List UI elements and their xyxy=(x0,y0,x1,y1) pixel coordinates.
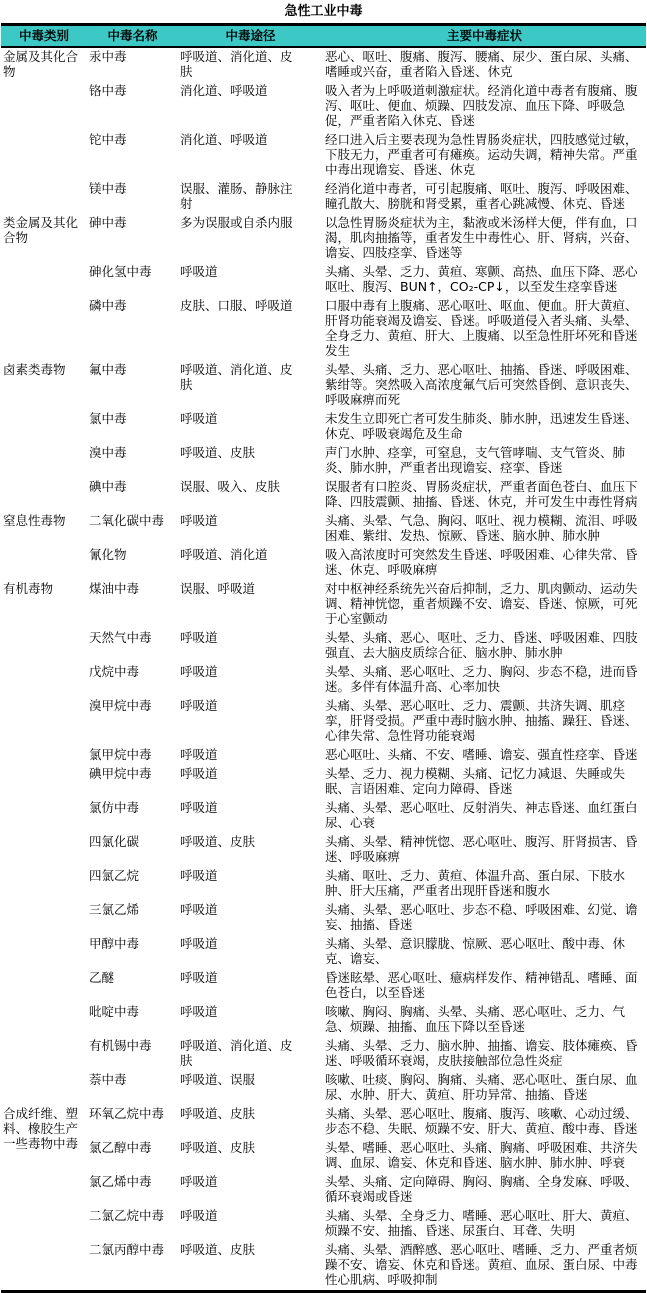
route-cell: 呼吸道 xyxy=(178,765,323,799)
symptoms-cell: 头痛、头晕、全身乏力、嗜睡、恶心呕吐、肝大、黄疸、烦躁不安、抽搐、昏迷、尿蛋白、… xyxy=(323,1207,646,1241)
table-row: 铊中毒消化道、呼吸道经口进入后主要表现为急性胃肠炎症状，四肢感觉过敏，下肢无力，… xyxy=(1,131,646,180)
symptoms-cell: 咳嗽、胸闷、胸痛、头晕、头痛、恶心呕吐、乏力、气急、烦躁、抽搐、血压下降以至昏迷 xyxy=(323,1003,646,1037)
category-cell: 有机毒物 xyxy=(1,580,87,1105)
poison-name-cell: 二氯丙醇中毒 xyxy=(87,1241,178,1292)
poison-name-cell: 碘中毒 xyxy=(87,478,178,512)
category-cell: 卤素类毒物 xyxy=(1,361,87,512)
symptoms-cell: 头痛、头晕、乏力、黄疸、寒颤、高热、血压下降、恶心呕吐、腹泻、BUN↑，CO₂-… xyxy=(323,263,646,297)
symptoms-cell: 昏迷眩晕、恶心呕吐、癔病样发作、精神错乱、嗜睡、面色苍白，以至昏迷 xyxy=(323,969,646,1003)
table-row: 天然气中毒呼吸道头晕、头痛、恶心、呕吐、乏力、昏迷、呼吸困难、四肢强直、去大脑皮… xyxy=(1,629,646,663)
header-cell-name: 中毒名称 xyxy=(87,25,178,48)
table-row: 四氯化碳呼吸道、皮肤头痛、头晕、精神恍惚、恶心呕吐、腹泻、肝肾损害、昏迷、呼吸麻… xyxy=(1,833,646,867)
symptoms-cell: 头痛、头晕、气急、胸闷、呕吐、视力模糊、流泪、呼吸困难、紫绀、发热、惊厥、昏迷、… xyxy=(323,512,646,546)
table-row: 萘中毒呼吸道、误服咳嗽、吐痰、胸闷、胸痛、头痛、恶心呕吐、蛋白尿、血尿、水肿、肝… xyxy=(1,1071,646,1105)
poison-table: 中毒类别 中毒名称 中毒途径 主要中毒症状 金属及其化合物汞中毒呼吸道、消化道、… xyxy=(1,23,646,1293)
symptoms-cell: 头痛、头晕、酒醉感、恶心呕吐、嗜睡、乏力、严重者烦躁不安、谵妄、休克和昏迷。黄疸… xyxy=(323,1241,646,1292)
table-row: 镁中毒误服、灌肠、静脉注射经消化道中毒者，可引起腹痛、呕吐、腹泻、呼吸困难、瞳孔… xyxy=(1,180,646,214)
table-row: 二氯丙醇中毒呼吸道、皮肤头痛、头晕、酒醉感、恶心呕吐、嗜睡、乏力、严重者烦躁不安… xyxy=(1,1241,646,1292)
route-cell: 呼吸道 xyxy=(178,263,323,297)
route-cell: 呼吸道 xyxy=(178,901,323,935)
symptoms-cell: 头痛、头晕、恶心呕吐、步态不稳、呼吸困难、幻觉、谵妄、抽搐、昏迷 xyxy=(323,901,646,935)
symptoms-cell: 咳嗽、吐痰、胸闷、胸痛、头痛、恶心呕吐、蛋白尿、血尿、水肿、肝大、黄疸、肝功异常… xyxy=(323,1071,646,1105)
table-row: 铬中毒消化道、呼吸道吸入者为上呼吸道刺激症状。经消化道中毒者有腹痛、腹泻、呕吐、… xyxy=(1,82,646,131)
symptoms-cell: 头痛、头晕、精神恍惚、恶心呕吐、腹泻、肝肾损害、昏迷、呼吸麻痹 xyxy=(323,833,646,867)
poison-name-cell: 砷化氢中毒 xyxy=(87,263,178,297)
symptoms-cell: 头晕、头痛、定向障碍、胸闷、胸痛、全身发麻、呼吸、循环衰竭或昏迷 xyxy=(323,1173,646,1207)
poison-name-cell: 镁中毒 xyxy=(87,180,178,214)
category-cell: 窒息性毒物 xyxy=(1,512,87,580)
table-row: 碘中毒误服、吸入、皮肤误服者有口腔炎、胃肠炎症状，严重者面色苍白、血压下降、四肢… xyxy=(1,478,646,512)
page: 急性工业中毒 中毒类别 中毒名称 中毒途径 主要中毒症状 金属及其化合物汞中毒呼… xyxy=(0,0,647,1293)
poison-name-cell: 二氧化碳中毒 xyxy=(87,512,178,546)
symptoms-cell: 头痛、头晕、乏力、脑水肿、抽搐、谵妄、肢体瘫痪、昏迷、呼吸循环衰竭，皮肤接触部位… xyxy=(323,1037,646,1071)
route-cell: 误服、吸入、皮肤 xyxy=(178,478,323,512)
route-cell: 呼吸道 xyxy=(178,697,323,746)
table-row: 有机锡中毒呼吸道、消化道、皮肤头痛、头晕、乏力、脑水肿、抽搐、谵妄、肢体瘫痪、昏… xyxy=(1,1037,646,1071)
poison-table-body: 金属及其化合物汞中毒呼吸道、消化道、皮肤恶心、呕吐、腹痛、腹泻、腰痛、尿少、蛋白… xyxy=(1,47,646,1292)
poison-name-cell: 甲醇中毒 xyxy=(87,935,178,969)
poison-name-cell: 有机锡中毒 xyxy=(87,1037,178,1071)
route-cell: 呼吸道、消化道、皮肤 xyxy=(178,47,323,82)
route-cell: 呼吸道 xyxy=(178,1207,323,1241)
table-row: 磷中毒皮肤、口服、呼吸道口服中毒有上腹痛、恶心呕吐、呕血、便血。肝大黄疸、肝肾功… xyxy=(1,297,646,361)
symptoms-cell: 声门水肿、痉挛，可窒息，支气管哮喘、支气管炎、肺炎、肺水肿，严重者出现谵妄、痉挛… xyxy=(323,444,646,478)
table-row: 溴甲烷中毒呼吸道头痛、头晕、恶心呕吐、乏力、震颤、共济失调、肌痉挛，肝肾受损。严… xyxy=(1,697,646,746)
symptoms-cell: 吸入高浓度时可突然发生昏迷、呼吸困难、心律失常、昏迷、休克、呼吸麻痹 xyxy=(323,546,646,580)
route-cell: 呼吸道 xyxy=(178,1003,323,1037)
poison-name-cell: 碘甲烷中毒 xyxy=(87,765,178,799)
route-cell: 皮肤、口服、呼吸道 xyxy=(178,297,323,361)
poison-name-cell: 氰化物 xyxy=(87,546,178,580)
symptoms-cell: 口服中毒有上腹痛、恶心呕吐、呕血、便血。肝大黄疸、肝肾功能衰竭及谵妄、昏迷。呼吸… xyxy=(323,297,646,361)
poison-name-cell: 汞中毒 xyxy=(87,47,178,82)
route-cell: 呼吸道、误服 xyxy=(178,1071,323,1105)
poison-name-cell: 煤油中毒 xyxy=(87,580,178,629)
table-row: 金属及其化合物汞中毒呼吸道、消化道、皮肤恶心、呕吐、腹痛、腹泻、腰痛、尿少、蛋白… xyxy=(1,47,646,82)
symptoms-cell: 经口进入后主要表现为急性胃肠炎症状，四肢感觉过敏，下肢无力，严重者可有瘫痪。运动… xyxy=(323,131,646,180)
poison-name-cell: 四氯化碳 xyxy=(87,833,178,867)
symptoms-cell: 误服者有口腔炎、胃肠炎症状，严重者面色苍白、血压下降、四肢震颤、抽搐、昏迷、休克… xyxy=(323,478,646,512)
table-row: 乙醚呼吸道昏迷眩晕、恶心呕吐、癔病样发作、精神错乱、嗜睡、面色苍白，以至昏迷 xyxy=(1,969,646,1003)
table-row: 卤素类毒物氟中毒呼吸道、消化道、皮肤头晕、头痛、乏力、恶心呕吐、抽搐、昏迷、呼吸… xyxy=(1,361,646,410)
table-row: 有机毒物煤油中毒误服、呼吸道对中枢神经系统先兴奋后抑制，乏力、肌肉颤动、运动失调… xyxy=(1,580,646,629)
route-cell: 呼吸道、消化道、皮肤 xyxy=(178,361,323,410)
table-row: 氯中毒呼吸道未发生立即死亡者可发生肺炎、肺水肿，迅速发生昏迷、休克、呼吸衰竭危及… xyxy=(1,410,646,444)
route-cell: 误服、灌肠、静脉注射 xyxy=(178,180,323,214)
category-cell: 金属及其化合物 xyxy=(1,47,87,214)
table-row: 甲醇中毒呼吸道头痛、头晕、意识朦胧、惊厥、恶心呕吐、酸中毒、休克、谵妄、 xyxy=(1,935,646,969)
route-cell: 呼吸道、消化道、皮肤 xyxy=(178,1037,323,1071)
route-cell: 呼吸道、皮肤 xyxy=(178,444,323,478)
symptoms-cell: 头晕、嗜睡、恶心呕吐、头痛、胸痛、呼吸困难、共济失调、血尿、谵妄、休克和昏迷、脑… xyxy=(323,1139,646,1173)
category-cell: 合成纤维、塑料、橡胶生产一些毒物中毒 xyxy=(1,1105,87,1292)
symptoms-cell: 以急性胃肠炎症状为主，黏液或米汤样大便，伴有血，口渴，肌肉抽搐等，重者发生中毒性… xyxy=(323,214,646,263)
poison-name-cell: 环氧乙烷中毒 xyxy=(87,1105,178,1139)
route-cell: 呼吸道、皮肤 xyxy=(178,833,323,867)
poison-name-cell: 萘中毒 xyxy=(87,1071,178,1105)
route-cell: 呼吸道 xyxy=(178,512,323,546)
poison-name-cell: 二氯乙烷中毒 xyxy=(87,1207,178,1241)
route-cell: 呼吸道、皮肤 xyxy=(178,1241,323,1292)
route-cell: 呼吸道 xyxy=(178,663,323,697)
table-row: 戊烷中毒呼吸道头晕、头痛、恶心呕吐、乏力、胸闷、步态不稳，进而昏迷。多伴有体温升… xyxy=(1,663,646,697)
table-row: 氯甲烷中毒呼吸道恶心呕吐、头痛、不安、嗜睡、谵妄、强直性痉挛、昏迷 xyxy=(1,746,646,765)
route-cell: 多为误服或自杀内服 xyxy=(178,214,323,263)
poison-name-cell: 氯仿中毒 xyxy=(87,799,178,833)
route-cell: 呼吸道、消化道 xyxy=(178,546,323,580)
poison-name-cell: 吡啶中毒 xyxy=(87,1003,178,1037)
poison-name-cell: 铊中毒 xyxy=(87,131,178,180)
route-cell: 呼吸道 xyxy=(178,969,323,1003)
route-cell: 呼吸道、皮肤 xyxy=(178,1105,323,1139)
symptoms-cell: 头晕、乏力、视力模糊、头痛、记忆力减退、失睡或失眠、言语困难、定向力障碍、昏迷 xyxy=(323,765,646,799)
poison-name-cell: 溴甲烷中毒 xyxy=(87,697,178,746)
table-row: 类金属及其化合物砷中毒多为误服或自杀内服以急性胃肠炎症状为主，黏液或米汤样大便，… xyxy=(1,214,646,263)
symptoms-cell: 头痛、呕吐、乏力、黄疸、体温升高、蛋白尿、下肢水肿、肝大压痛，严重者出现肝昏迷和… xyxy=(323,867,646,901)
symptoms-cell: 未发生立即死亡者可发生肺炎、肺水肿，迅速发生昏迷、休克、呼吸衰竭危及生命 xyxy=(323,410,646,444)
symptoms-cell: 对中枢神经系统先兴奋后抑制，乏力、肌肉颤动、运动失调、精神恍惚，重者烦躁不安、谵… xyxy=(323,580,646,629)
poison-name-cell: 天然气中毒 xyxy=(87,629,178,663)
category-cell: 类金属及其化合物 xyxy=(1,214,87,361)
poison-name-cell: 氟中毒 xyxy=(87,361,178,410)
poison-name-cell: 氯中毒 xyxy=(87,410,178,444)
poison-name-cell: 铬中毒 xyxy=(87,82,178,131)
table-row: 碘甲烷中毒呼吸道头晕、乏力、视力模糊、头痛、记忆力减退、失睡或失眠、言语困难、定… xyxy=(1,765,646,799)
poison-name-cell: 氯乙醇中毒 xyxy=(87,1139,178,1173)
table-row: 砷化氢中毒呼吸道头痛、头晕、乏力、黄疸、寒颤、高热、血压下降、恶心呕吐、腹泻、B… xyxy=(1,263,646,297)
symptoms-cell: 头晕、头痛、恶心、呕吐、乏力、昏迷、呼吸困难、四肢强直、去大脑皮质综合征、脑水肿… xyxy=(323,629,646,663)
table-row: 四氯乙烷呼吸道头痛、呕吐、乏力、黄疸、体温升高、蛋白尿、下肢水肿、肝大压痛，严重… xyxy=(1,867,646,901)
route-cell: 呼吸道、皮肤 xyxy=(178,1139,323,1173)
poison-name-cell: 砷中毒 xyxy=(87,214,178,263)
poison-name-cell: 磷中毒 xyxy=(87,297,178,361)
table-row: 二氯乙烷中毒呼吸道头痛、头晕、全身乏力、嗜睡、恶心呕吐、肝大、黄疸、烦躁不安、抽… xyxy=(1,1207,646,1241)
route-cell: 消化道、呼吸道 xyxy=(178,82,323,131)
symptoms-cell: 吸入者为上呼吸道刺激症状。经消化道中毒者有腹痛、腹泻、呕吐、便血、烦躁、四肢发凉… xyxy=(323,82,646,131)
table-row: 三氯乙烯呼吸道头痛、头晕、恶心呕吐、步态不稳、呼吸困难、幻觉、谵妄、抽搐、昏迷 xyxy=(1,901,646,935)
table-row: 氯乙醇中毒呼吸道、皮肤头晕、嗜睡、恶心呕吐、头痛、胸痛、呼吸困难、共济失调、血尿… xyxy=(1,1139,646,1173)
route-cell: 呼吸道 xyxy=(178,799,323,833)
symptoms-cell: 恶心呕吐、头痛、不安、嗜睡、谵妄、强直性痉挛、昏迷 xyxy=(323,746,646,765)
route-cell: 呼吸道 xyxy=(178,746,323,765)
page-title: 急性工业中毒 xyxy=(0,0,647,23)
poison-name-cell: 氯乙烯中毒 xyxy=(87,1173,178,1207)
symptoms-cell: 经消化道中毒者，可引起腹痛、呕吐、腹泻、呼吸困难、瞳孔散大、膀胱和肾受累，重者心… xyxy=(323,180,646,214)
table-row: 氯仿中毒呼吸道头痛、头晕、恶心呕吐、反射消失、神志昏迷、血红蛋白尿、心衰 xyxy=(1,799,646,833)
table-row: 氰化物呼吸道、消化道吸入高浓度时可突然发生昏迷、呼吸困难、心律失常、昏迷、休克、… xyxy=(1,546,646,580)
symptoms-cell: 头晕、头痛、恶心呕吐、乏力、胸闷、步态不稳，进而昏迷。多伴有体温升高、心率加快 xyxy=(323,663,646,697)
route-cell: 呼吸道 xyxy=(178,935,323,969)
route-cell: 呼吸道 xyxy=(178,867,323,901)
poison-name-cell: 戊烷中毒 xyxy=(87,663,178,697)
header-cell-route: 中毒途径 xyxy=(178,25,323,48)
route-cell: 消化道、呼吸道 xyxy=(178,131,323,180)
poison-name-cell: 溴中毒 xyxy=(87,444,178,478)
symptoms-cell: 恶心、呕吐、腹痛、腹泻、腰痛、尿少、蛋白尿、头痛、嗜睡或兴奋，重者陷入昏迷、休克 xyxy=(323,47,646,82)
header-row: 中毒类别 中毒名称 中毒途径 主要中毒症状 xyxy=(1,25,646,48)
route-cell: 呼吸道 xyxy=(178,629,323,663)
poison-name-cell: 乙醚 xyxy=(87,969,178,1003)
route-cell: 误服、呼吸道 xyxy=(178,580,323,629)
header-cell-symptoms: 主要中毒症状 xyxy=(323,25,646,48)
poison-name-cell: 三氯乙烯 xyxy=(87,901,178,935)
symptoms-cell: 头痛、头晕、恶心呕吐、反射消失、神志昏迷、血红蛋白尿、心衰 xyxy=(323,799,646,833)
header-cell-category: 中毒类别 xyxy=(1,25,87,48)
symptoms-cell: 头痛、头晕、恶心呕吐、乏力、震颤、共济失调、肌痉挛，肝肾受损。严重中毒时脑水肿、… xyxy=(323,697,646,746)
table-row: 合成纤维、塑料、橡胶生产一些毒物中毒环氧乙烷中毒呼吸道、皮肤头痛、头晕、恶心呕吐… xyxy=(1,1105,646,1139)
poison-name-cell: 氯甲烷中毒 xyxy=(87,746,178,765)
symptoms-cell: 头晕、头痛、乏力、恶心呕吐、抽搐、昏迷、呼吸困难、紫绀等。突然吸入高浓度氟气后可… xyxy=(323,361,646,410)
route-cell: 呼吸道 xyxy=(178,1173,323,1207)
route-cell: 呼吸道 xyxy=(178,410,323,444)
symptoms-cell: 头痛、头晕、意识朦胧、惊厥、恶心呕吐、酸中毒、休克、谵妄、 xyxy=(323,935,646,969)
symptoms-cell: 头痛、头晕、恶心呕吐、腹痛、腹泻、咳嗽、心动过缓、步态不稳、失眠、烦躁不安、肝大… xyxy=(323,1105,646,1139)
poison-name-cell: 四氯乙烷 xyxy=(87,867,178,901)
table-row: 吡啶中毒呼吸道咳嗽、胸闷、胸痛、头晕、头痛、恶心呕吐、乏力、气急、烦躁、抽搐、血… xyxy=(1,1003,646,1037)
table-row: 氯乙烯中毒呼吸道头晕、头痛、定向障碍、胸闷、胸痛、全身发麻、呼吸、循环衰竭或昏迷 xyxy=(1,1173,646,1207)
table-row: 溴中毒呼吸道、皮肤声门水肿、痉挛，可窒息，支气管哮喘、支气管炎、肺炎、肺水肿，严… xyxy=(1,444,646,478)
table-row: 窒息性毒物二氧化碳中毒呼吸道头痛、头晕、气急、胸闷、呕吐、视力模糊、流泪、呼吸困… xyxy=(1,512,646,546)
